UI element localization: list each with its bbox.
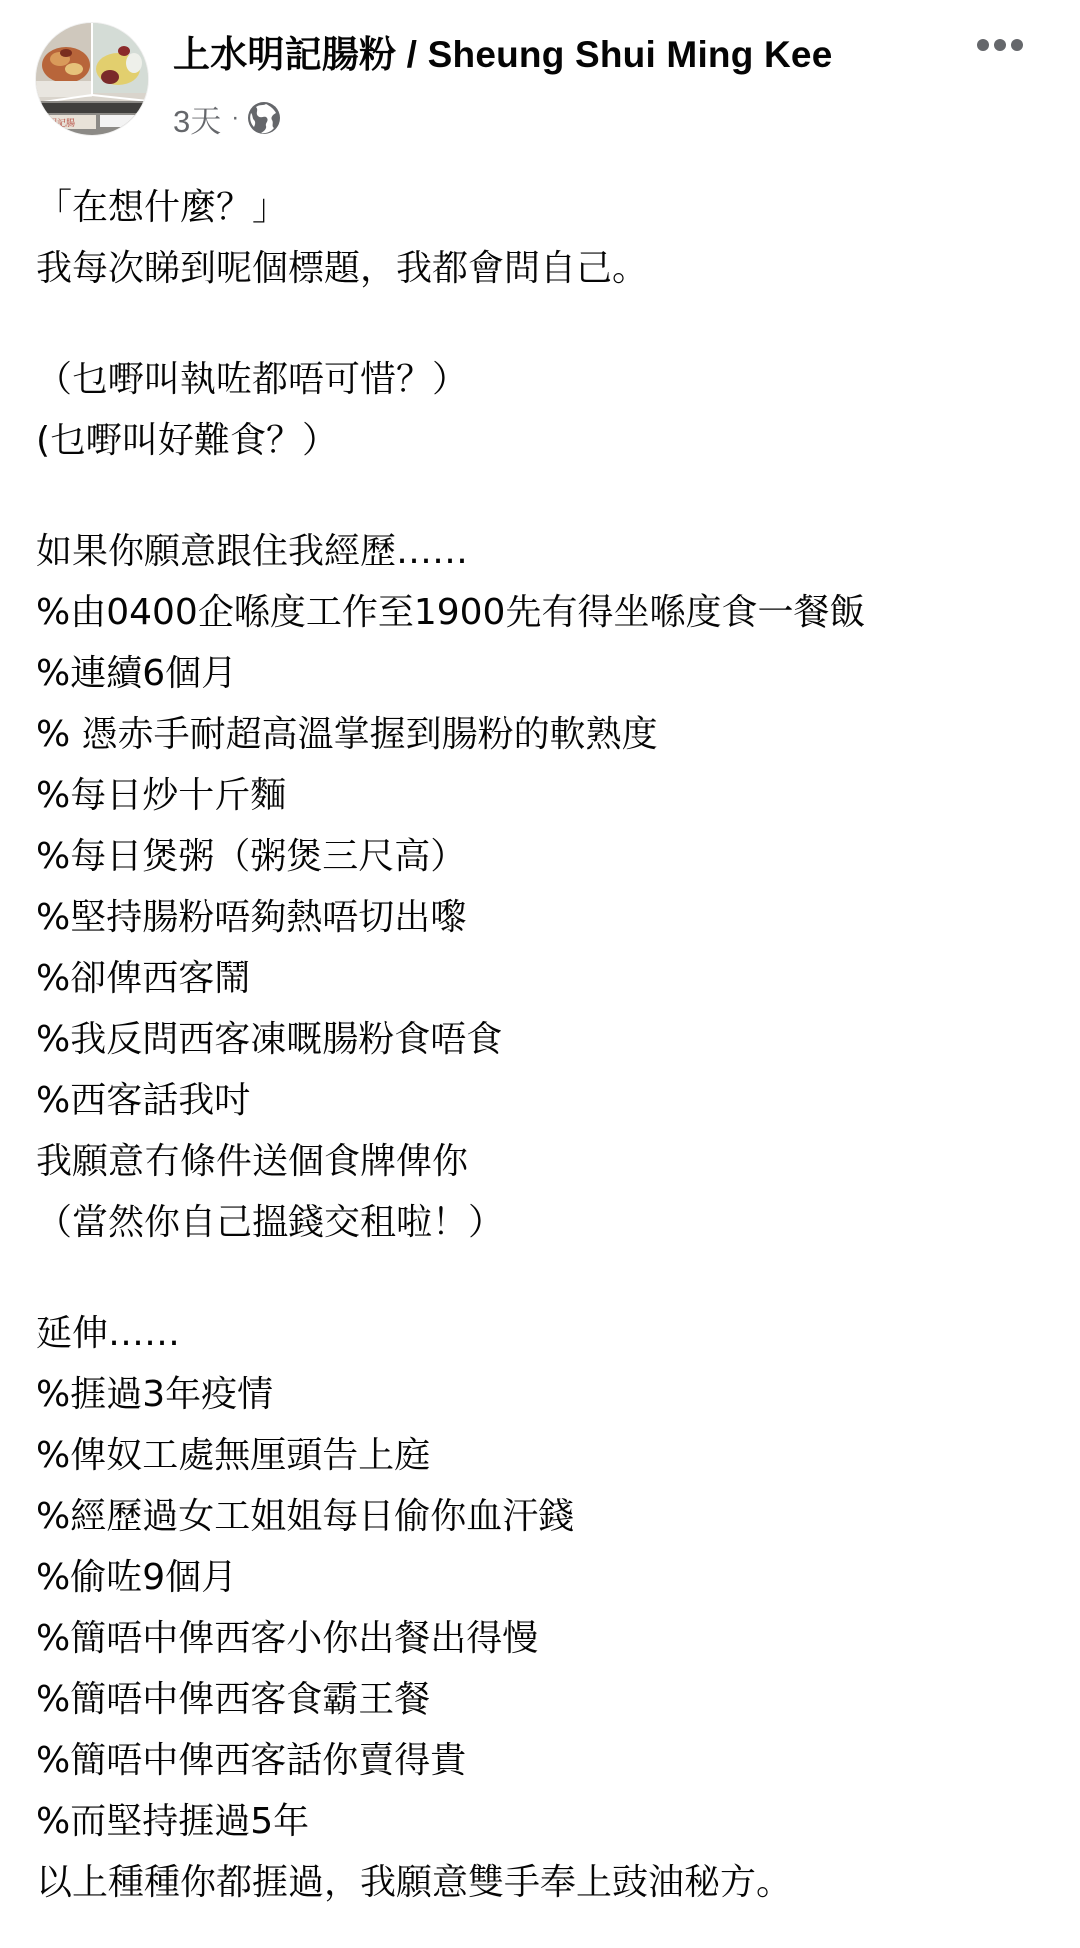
post-line: %連續6個月 [36,643,1046,704]
post-line: %每日炒十斤麵 [36,765,1046,826]
post-line: （當然你自己搵錢交租啦！） [36,1192,1046,1253]
blank-line [36,299,1046,349]
post-meta: 3天 · [173,97,281,139]
page-name[interactable]: 上水明記腸粉 / Sheung Shui Ming Kee [173,30,832,80]
blank-line [36,1253,1046,1303]
post-line: %堅持腸粉唔夠熱唔切出嚟 [36,887,1046,948]
post-line: 以上種種你都捱過，我願意雙手奉上豉油秘方。 [36,1852,1046,1913]
post-line: %簡唔中俾西客小你出餐出得慢 [36,1608,1046,1669]
more-horizontal-icon-dot [994,39,1006,51]
post-line: %經歷過女工姐姐每日偷你血汗錢 [36,1486,1046,1547]
avatar-photo-collage: 明記腸 [36,23,148,135]
more-horizontal-icon-dot [1011,39,1023,51]
post-line: 我願意冇條件送個食牌俾你 [36,1131,1046,1192]
post-line: % 憑赤手耐超高溫掌握到腸粉的軟熟度 [36,704,1046,765]
post-line: %簡唔中俾西客食霸王餐 [36,1669,1046,1730]
post-timestamp[interactable]: 3天 [173,96,221,141]
post-line: 延伸…… [36,1303,1046,1364]
post-body: 「在想什麼？」 我每次睇到呢個標題，我都會問自己。 （乜嘢叫執咗都唔可惜？） (… [36,177,1046,1913]
post-line: %我反問西客凍嘅腸粉食唔食 [36,1009,1046,1070]
post-line: %卻俾西客鬧 [36,948,1046,1009]
post-line: 「在想什麼？」 [36,177,1046,238]
post-line: %偷咗9個月 [36,1547,1046,1608]
more-horizontal-icon-dot [977,39,989,51]
post-line: %西客話我吋 [36,1070,1046,1131]
post-line: %簡唔中俾西客話你賣得貴 [36,1730,1046,1791]
svg-text:明記腸: 明記腸 [48,118,75,129]
post-line: %由0400企喺度工作至1900先有得坐喺度食一餐飯 [36,582,1046,643]
more-options-button[interactable] [970,30,1030,60]
meta-separator: · [231,104,239,132]
post-line: %捱過3年疫情 [36,1364,1046,1425]
globe-icon[interactable] [247,101,281,135]
post-line: %而堅持捱過5年 [36,1791,1046,1852]
post-line: %俾奴工處無厘頭告上庭 [36,1425,1046,1486]
post-line: (乜嘢叫好難食？） [36,410,1046,471]
avatar[interactable]: 明記腸 [36,23,148,135]
post-line: 我每次睇到呢個標題，我都會問自己。 [36,238,1046,299]
post-header: 明記腸 上水明記腸粉 / Sheung Shui Ming Kee 3天 · [0,0,1080,150]
facebook-post: 明記腸 上水明記腸粉 / Sheung Shui Ming Kee 3天 · 「… [0,0,1080,1948]
post-line: %每日煲粥（粥煲三尺高） [36,826,1046,887]
post-line: 如果你願意跟住我經歷…… [36,521,1046,582]
blank-line [36,471,1046,521]
post-line: （乜嘢叫執咗都唔可惜？） [36,349,1046,410]
